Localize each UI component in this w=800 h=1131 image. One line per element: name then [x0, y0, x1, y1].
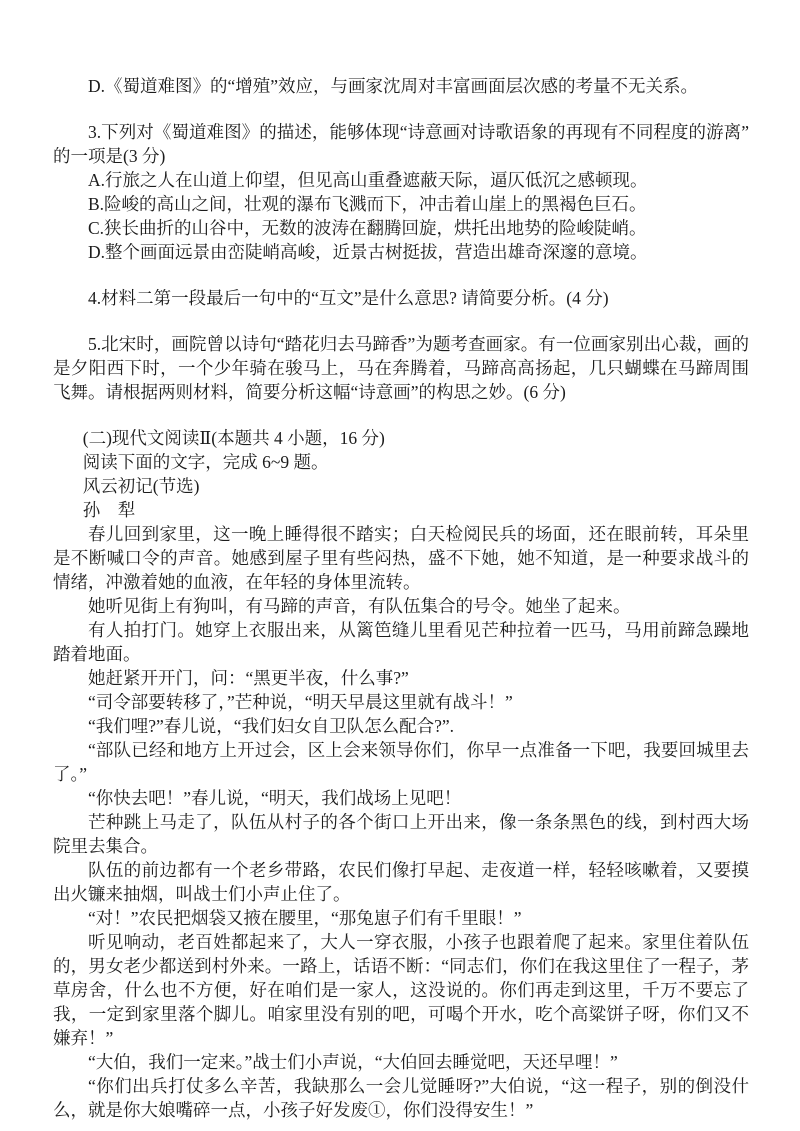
- question-3-stem: 3.下列对《蜀道难图》的描述，能够体现“诗意画对诗歌语象的再现有不同程度的游离”…: [53, 120, 749, 168]
- question-3-option-d: D.整个画面远景由峦陡峭高峻，近景古树挺拔，营造出雄奇深邃的意境。: [53, 240, 749, 264]
- reading-instruction: 阅读下面的文字，完成 6~9 题。: [53, 450, 749, 474]
- exam-content: D.《蜀道难图》的“增殖”效应，与画家沈周对丰富画面层次感的考量不无关系。 3.…: [53, 74, 749, 1122]
- passage-paragraph: “对！”农民把烟袋又掖在腰里，“那兔崽子们有千里眼！”: [53, 906, 749, 930]
- passage-paragraph: “我们哩?”春儿说，“我们妇女自卫队怎么配合?”.: [53, 714, 749, 738]
- passage-paragraph: “大伯，我们一定来。”战士们小声说，“大伯回去睡觉吧，天还早哩！”: [53, 1050, 749, 1074]
- passage-paragraph: “你们出兵打仗多么辛苦，我缺那么一会儿觉睡呀?”大伯说，“这一程子，别的倒没什么…: [53, 1074, 749, 1122]
- question-3-option-b: B.险峻的高山之间，壮观的瀑布飞溅而下，冲击着山崖上的黑褐色巨石。: [53, 192, 749, 216]
- question-3-option-a: A.行旅之人在山道上仰望，但见高山重叠遮蔽天际，逼仄低沉之感顿现。: [53, 168, 749, 192]
- exam-page: D.《蜀道难图》的“增殖”效应，与画家沈周对丰富画面层次感的考量不无关系。 3.…: [0, 0, 800, 1131]
- passage-paragraph: “部队已经和地方上开过会，区上会来领导你们，你早一点准备一下吧，我要回城里去了。…: [53, 738, 749, 786]
- passage-author: 孙 犁: [53, 498, 749, 522]
- question-4: 4.材料二第一段最后一句中的“互文”是什么意思? 请简要分析。(4 分): [53, 286, 749, 310]
- passage-paragraph: 芒种跳上马走了，队伍从村子的各个街口上开出来，像一条条黑色的线，到村西大场院里去…: [53, 810, 749, 858]
- question-3-option-c: C.狭长曲折的山谷中，无数的波涛在翻腾回旋，烘托出地势的险峻陡峭。: [53, 216, 749, 240]
- passage-paragraph: 有人拍打门。她穿上衣服出来，从篱笆缝儿里看见芒种拉着一匹马，马用前蹄急躁地踏着地…: [53, 618, 749, 666]
- option-d-carryover: D.《蜀道难图》的“增殖”效应，与画家沈周对丰富画面层次感的考量不无关系。: [53, 74, 749, 98]
- passage-paragraph: “你快去吧！”春儿说，“明天，我们战场上见吧！: [53, 786, 749, 810]
- passage-paragraph: 队伍的前边都有一个老乡带路，农民们像打早起、走夜道一样，轻轻咳嗽着，又要摸出火镰…: [53, 858, 749, 906]
- passage-paragraph: 她听见街上有狗叫，有马蹄的声音，有队伍集合的号令。她坐了起来。: [53, 594, 749, 618]
- passage-paragraph: 听见响动，老百姓都起来了，大人一穿衣服，小孩子也跟着爬了起来。家里住着队伍的，男…: [53, 930, 749, 1050]
- passage-title: 风云初记(节选): [53, 474, 749, 498]
- passage-paragraph: 春儿回到家里，这一晚上睡得很不踏实；白天检阅民兵的场面，还在眼前转，耳朵里是不断…: [53, 522, 749, 594]
- question-5: 5.北宋时，画院曾以诗句“踏花归去马蹄香”为题考查画家。有一位画家别出心裁，画的…: [53, 332, 749, 404]
- passage-paragraph: “司令部要转移了，”芒种说，“明天早晨这里就有战斗！”: [53, 690, 749, 714]
- section-2-heading: (二)现代文阅读Ⅱ(本题共 4 小题，16 分): [53, 426, 749, 450]
- passage-paragraph: 她赶紧开开门，问：“黑更半夜，什么事?”: [53, 666, 749, 690]
